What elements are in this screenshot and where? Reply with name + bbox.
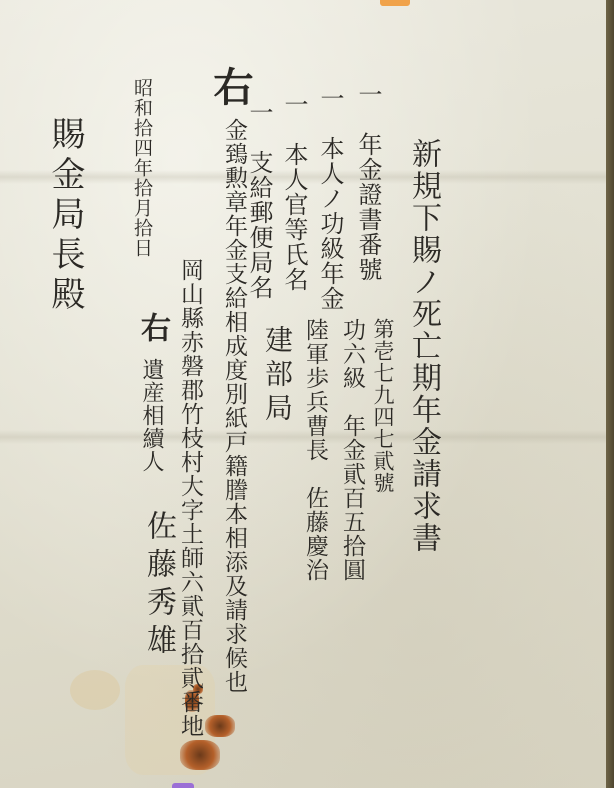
rust-stain bbox=[180, 740, 220, 770]
orange-tape bbox=[380, 0, 410, 6]
document-date: 昭和拾四年拾月拾日 bbox=[132, 78, 151, 258]
rust-stain bbox=[205, 715, 235, 737]
backing-board-edge bbox=[606, 0, 614, 788]
right-mark: 右 bbox=[210, 66, 250, 107]
item-post-office: 一 支給郵便局名 bbox=[247, 100, 271, 300]
merit-pension-value: 功六級 年金貮百五拾圓 bbox=[340, 318, 363, 582]
request-body-text: 金鵄勲章年金支給相成度別紙戸籍謄本相添及請求候也 bbox=[222, 118, 245, 694]
post-office-value: 建部局 bbox=[263, 325, 291, 427]
water-stain bbox=[70, 670, 120, 710]
claimant-mark: 右 bbox=[137, 312, 167, 343]
claimant-name: 佐藤秀雄 bbox=[143, 510, 173, 662]
addressee: 賜金局長殿 bbox=[48, 116, 82, 316]
purple-tab bbox=[172, 783, 194, 788]
document-title: 新規下賜ノ死亡期年金請求書 bbox=[408, 138, 438, 554]
rank-name-value: 陸軍歩兵曹長 佐藤慶治 bbox=[303, 318, 326, 582]
item-rank-name: 一 本人官等氏名 bbox=[282, 92, 306, 292]
claimant-role: 遺産相續人 bbox=[140, 358, 162, 473]
item-merit-pension: 一 本人ノ功級年金 bbox=[318, 86, 342, 311]
item-certificate-number: 一 年金證書番號 bbox=[356, 82, 380, 282]
certificate-number-value: 第壱七九四七貮號 bbox=[372, 318, 393, 494]
claimant-address: 岡山縣赤磐郡竹枝村大字土師六貮百拾貮番地 bbox=[178, 258, 201, 738]
document-paper: 新規下賜ノ死亡期年金請求書 一 年金證書番號 一 本人ノ功級年金 一 本人官等氏… bbox=[0, 0, 606, 788]
